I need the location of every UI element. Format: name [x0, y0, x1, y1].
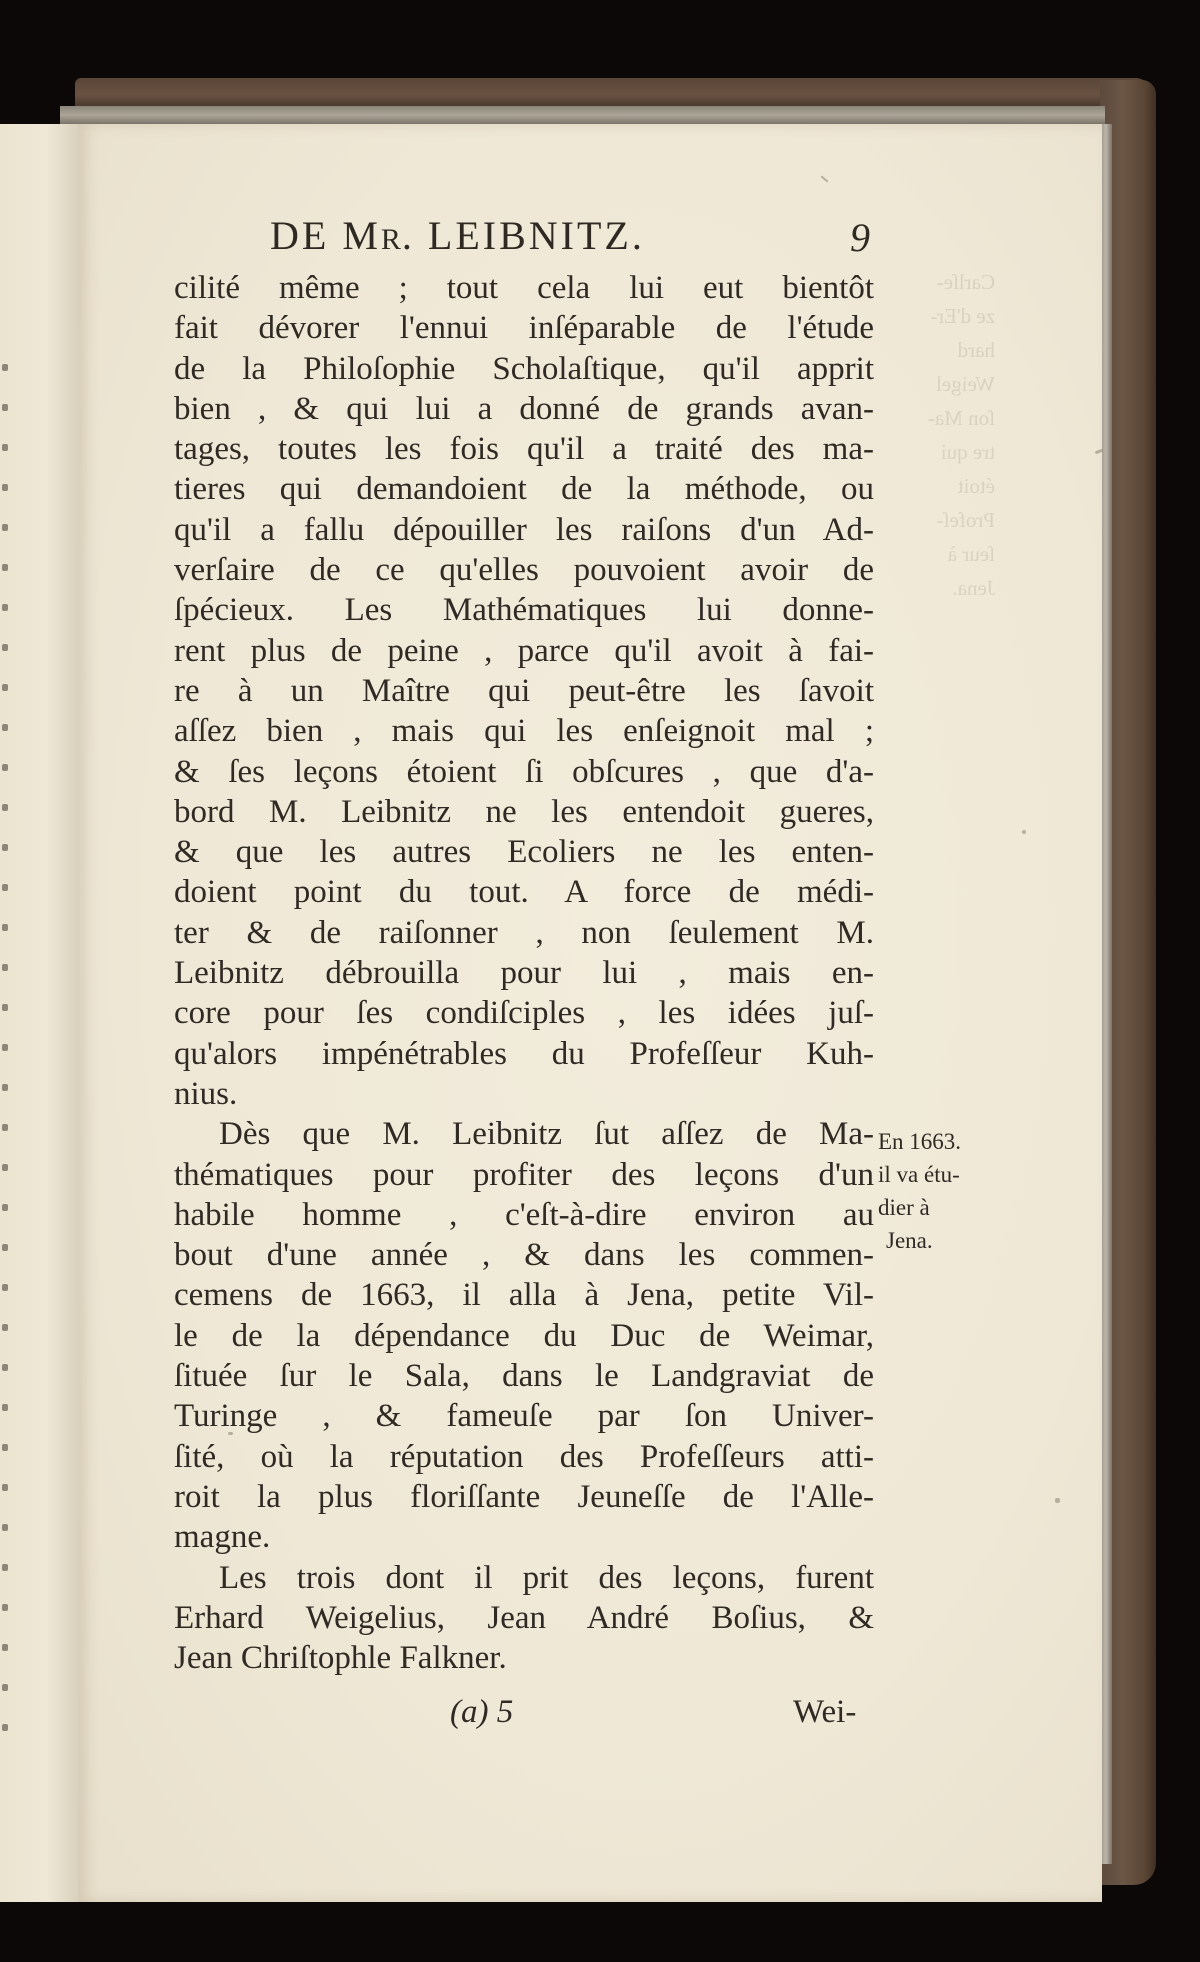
- paper-speck: [1022, 830, 1026, 834]
- text-line: core pour ſes condiſciples , les idées j…: [174, 993, 874, 1033]
- text-line: re à un Maître qui peut-être les ſavoit: [174, 671, 874, 711]
- text-line: bord M. Leibnitz ne les entendoit gueres…: [174, 792, 874, 832]
- text-line: qu'il a fallu dépouiller les raiſons d'u…: [174, 510, 874, 550]
- text-line: Turinge , & fameuſe par ſon Univer-: [174, 1396, 874, 1436]
- text-line: Jean Chriſtophle Falkner.: [174, 1638, 874, 1678]
- paper-speck: [228, 1432, 233, 1435]
- body-text: cilité même ; tout cela lui eut bientôt …: [174, 268, 874, 1678]
- text-line: habile homme , c'eſt-à-dire environ au: [174, 1195, 874, 1235]
- text-line: Leibnitz débrouilla pour lui , mais en-: [174, 953, 874, 993]
- text-line: cemens de 1663, il alla à Jena, petite V…: [174, 1275, 874, 1315]
- page-block-top-edge: [60, 106, 1105, 124]
- signature-mark: (a) 5: [450, 1694, 513, 1731]
- page-number: 9: [850, 214, 870, 261]
- text-line: de la Philoſophie Scholaſtique, qu'il ap…: [174, 349, 874, 389]
- text-line: tieres qui demandoient de la méthode, ou: [174, 469, 874, 509]
- marginal-note: En 1663. il va étu- dier à Jena.: [878, 1125, 998, 1257]
- book-cover-top: [75, 78, 1150, 106]
- text-line: ſituée ſur le Sala, dans le Landgraviat …: [174, 1356, 874, 1396]
- text-line: & ſes leçons étoient ſi obſcures , que d…: [174, 752, 874, 792]
- text-line: cilité même ; tout cela lui eut bientôt: [174, 268, 874, 308]
- text-line: Dès que M. Leibnitz ſut aſſez de Ma-: [174, 1114, 874, 1154]
- text-line: nius.: [174, 1074, 874, 1114]
- text-line: roit la plus floriſſante Jeuneſſe de l'A…: [174, 1477, 874, 1517]
- show-through-text: Carlſe- ze d'Er- hard Weigel ſon Ma- tre…: [905, 265, 995, 605]
- text-line: ſpécieux. Les Mathématiques lui donne-: [174, 590, 874, 630]
- previous-page-line-ends: [2, 364, 14, 1764]
- text-line: doient point du tout. A force de médi-: [174, 872, 874, 912]
- paper-speck: [1055, 1498, 1060, 1503]
- text-line: & que les autres Ecoliers ne les enten-: [174, 832, 874, 872]
- text-line: rent plus de peine , parce qu'il avoit à…: [174, 631, 874, 671]
- previous-page-sliver: [0, 124, 78, 1902]
- text-line: thématiques pour profiter des leçons d'u…: [174, 1155, 874, 1195]
- text-line: verſaire de ce qu'elles pouvoient avoir …: [174, 550, 874, 590]
- text-line: le de la dépendance du Duc de Weimar,: [174, 1316, 874, 1356]
- running-head: DE MR. LEIBNITZ.: [270, 212, 870, 259]
- text-line: magne.: [174, 1517, 874, 1557]
- text-line: fait dévorer l'ennui inſéparable de l'ét…: [174, 308, 874, 348]
- text-line: aſſez bien , mais qui les enſeignoit mal…: [174, 711, 874, 751]
- catchword: Wei-: [793, 1694, 856, 1731]
- text-line: Erhard Weigelius, Jean André Boſius, &: [174, 1598, 874, 1638]
- text-line: Les trois dont il prit des leçons, furen…: [174, 1558, 874, 1598]
- text-line: qu'alors impénétrables du Profeſſeur Kuh…: [174, 1034, 874, 1074]
- text-line: ter & de raiſonner , non ſeulement M.: [174, 913, 874, 953]
- text-line: tages, toutes les fois qu'il a traité de…: [174, 429, 874, 469]
- text-line: bien , & qui lui a donné de grands avan-: [174, 389, 874, 429]
- text-line: ſité, où la réputation des Profeſſeurs a…: [174, 1437, 874, 1477]
- text-line: bout d'une année , & dans les commen-: [174, 1235, 874, 1275]
